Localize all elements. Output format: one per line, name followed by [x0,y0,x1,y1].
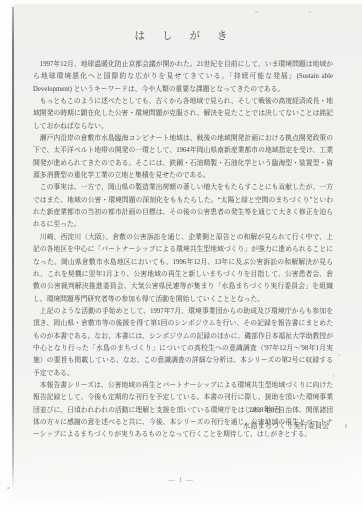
signature-author: 水島まちづくり実行委員会 [243,419,329,435]
scan-speck [309,11,311,13]
signature-block: 1998年8月 水島まちづくり実行委員会 [243,403,329,434]
paragraph: 瀬戸内沿岸の倉敷市水島臨海コンビナート地域は、戦後の地域開発計画における拠点開発… [33,133,333,182]
paragraph: 川崎、西淀川（大阪）、倉敷の公害訴訟を通じ、企業側と原告との和解が見られて行く中… [33,232,333,306]
binding-shadow-line [12,7,14,491]
paragraph: 上記のような活動の手始めとして、1997年7月、環境事業団からの助成及び環境庁か… [33,306,333,380]
scan-speck [345,424,347,428]
page-title: はしがき [0,28,362,43]
document-body: 1997年12月、地球温暖化防止京都会議が開かれた。21世紀を目前にして、いま環… [33,59,333,442]
scan-speck [338,354,340,356]
scan-speck [7,487,10,489]
page-number: ― 1 ― [0,476,362,484]
paragraph: もっともこのように述べたとしても、古くから各地域で見られ、そして戦後の高度経済成… [33,96,333,133]
scan-speck [333,374,334,377]
scan-speck [255,11,258,13]
paragraph: この事実は、一方で、岡山県の製造業出荷額の著しい増大をもたらすことにも貢献したが… [33,182,333,231]
paragraph: 1997年12月、地球温暖化防止京都会議が開かれた。21世紀を目前にして、いま環… [33,59,333,96]
signature-date: 1998年8月 [243,403,329,419]
